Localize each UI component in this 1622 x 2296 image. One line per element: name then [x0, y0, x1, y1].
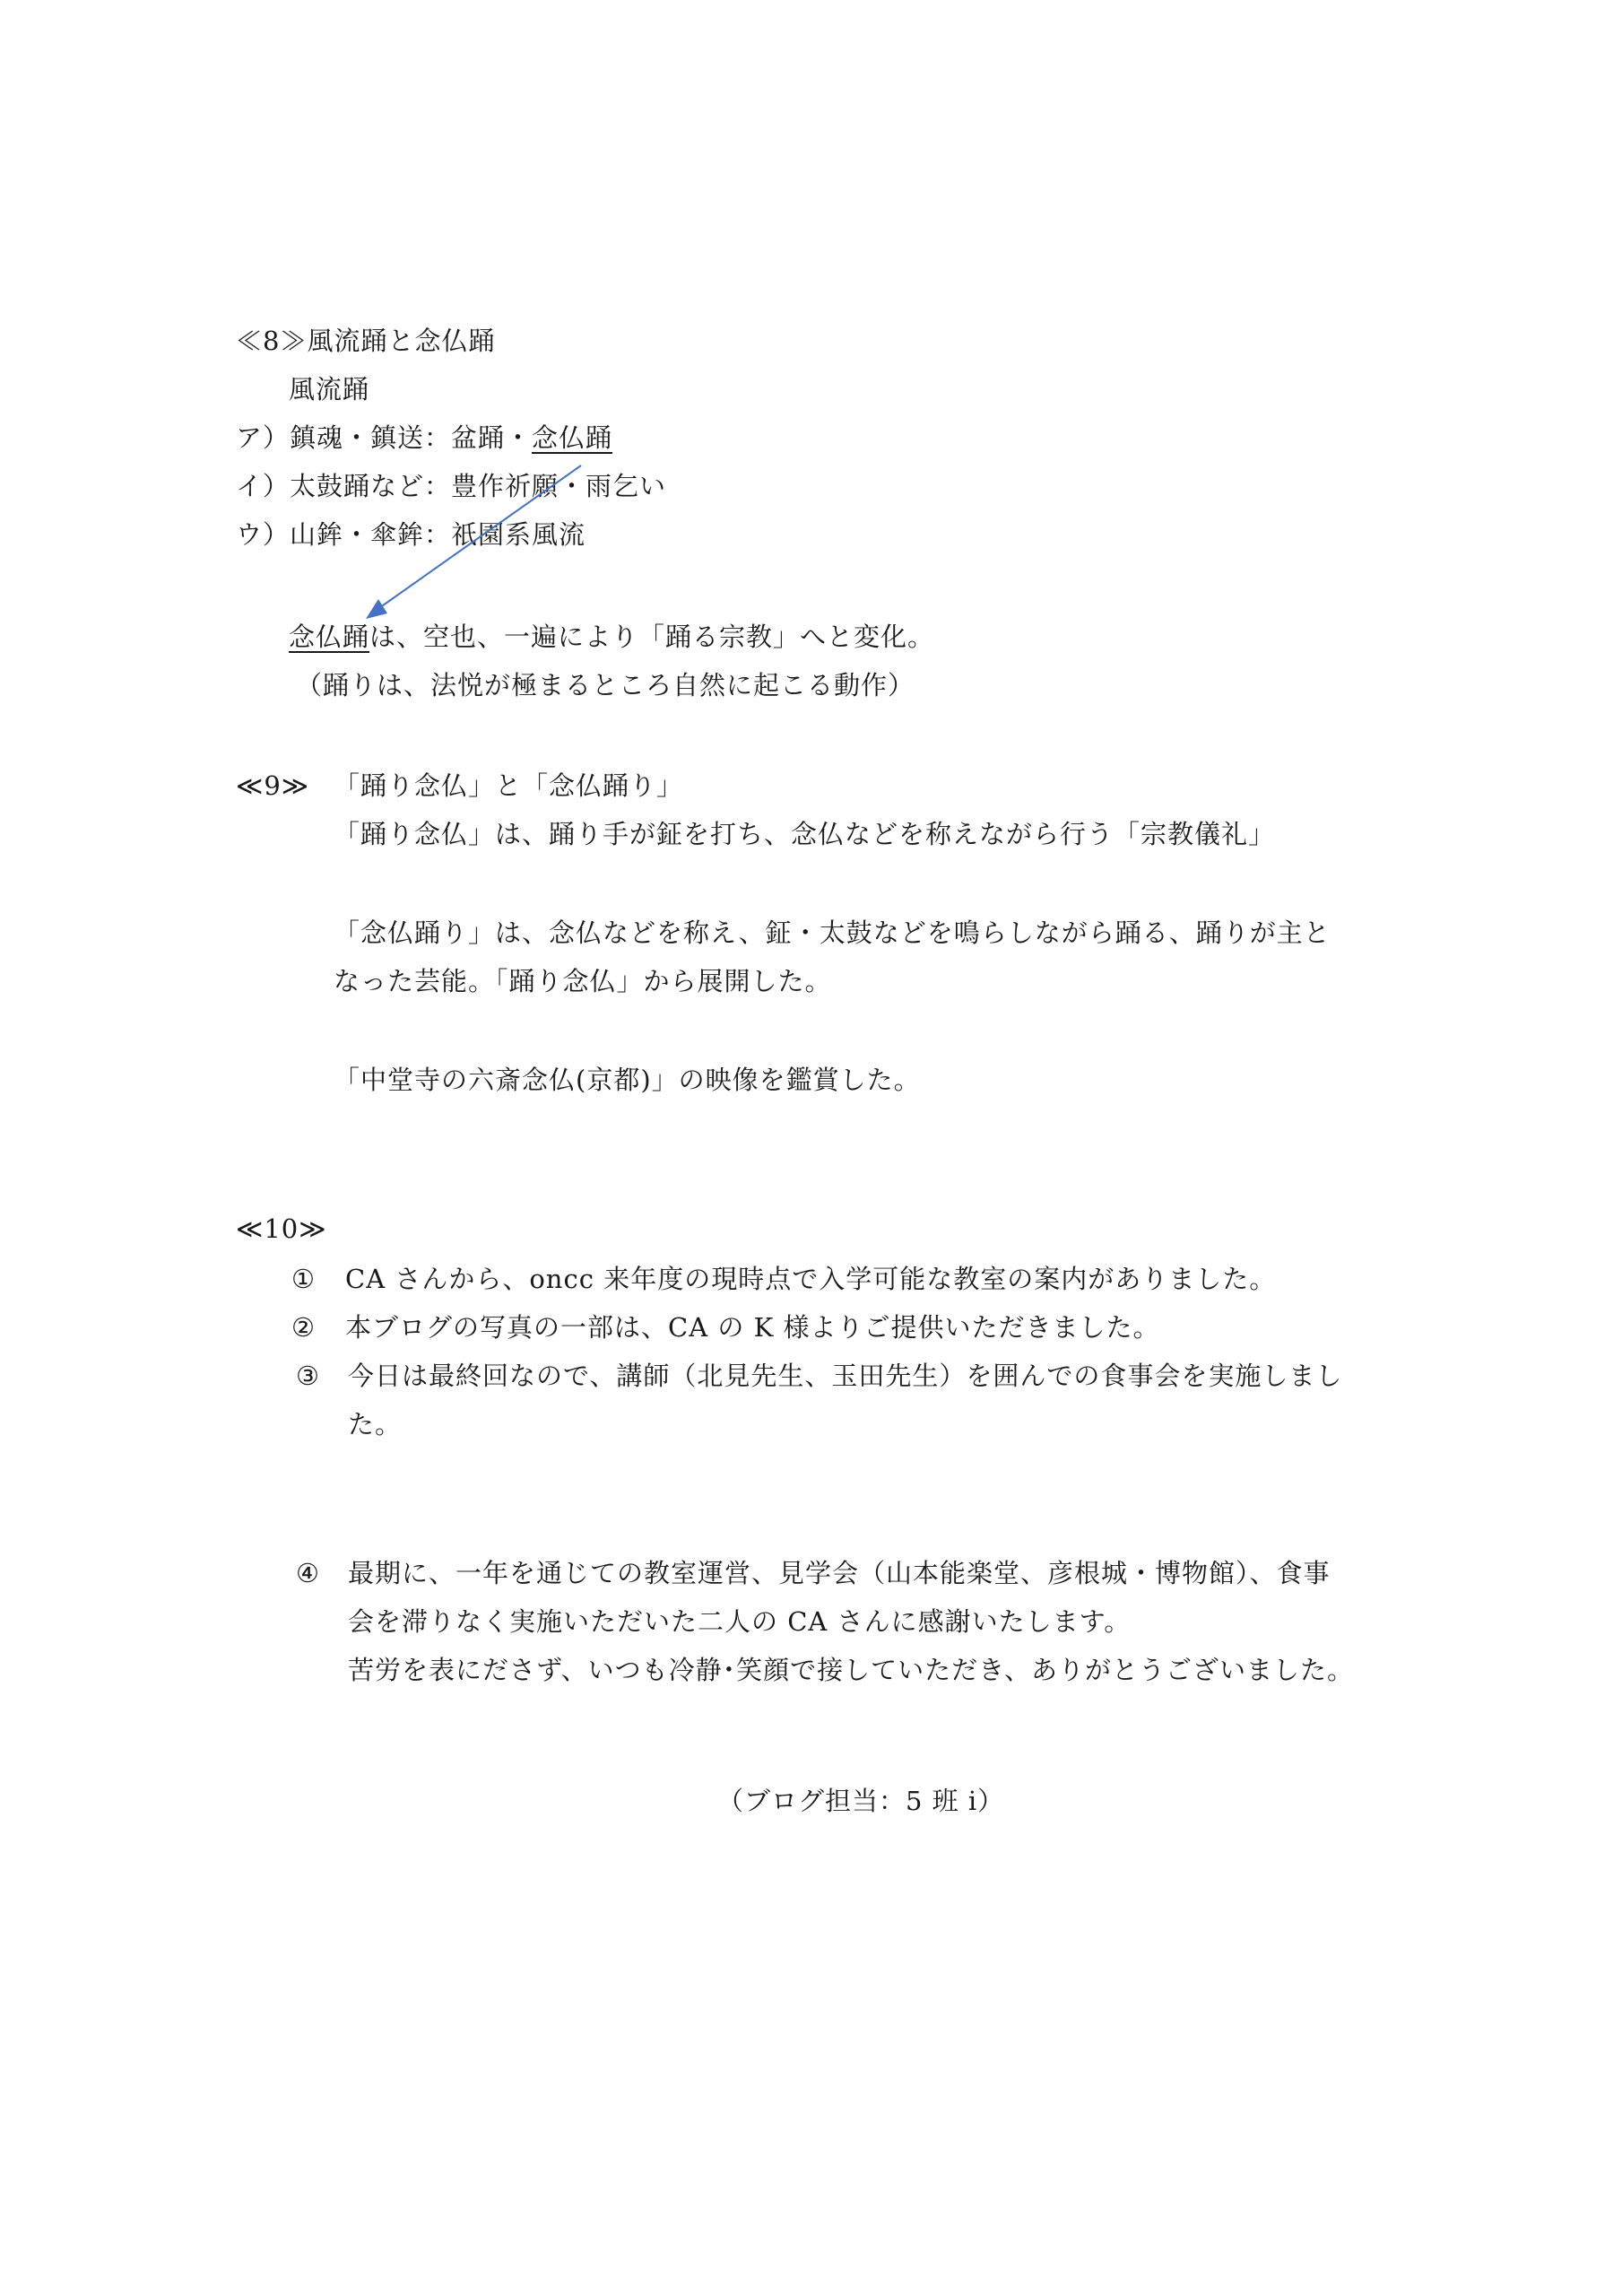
section8-note: （踊りは、法悦が極まるところ自然に起こる動作） [296, 669, 915, 701]
section9-heading: 「踊り念仏」と「念仏踊り」 [334, 770, 683, 802]
section8-heading: ≪8≫風流踊と念仏踊 [236, 325, 495, 357]
section8-item-u: ウ）山鉾・傘鉾：祇園系風流 [236, 518, 585, 551]
section9-paragraph-3: 「中堂寺の六斎念仏(京都)」の映像を鑑賞した。 [334, 1064, 921, 1096]
section9-marker: ≪9≫ [236, 770, 309, 802]
section8-item-i: イ）太鼓踊など：豊作祈願・雨乞い [236, 470, 666, 502]
list-item-continuation: た。 [348, 1408, 402, 1440]
section9-paragraph-2-line-1: 「念仏踊り」は、念仏などを称え、鉦・太鼓などを鳴らしながら踊る、踊りが主と [334, 917, 1331, 949]
underlined-term: 念仏踊 [289, 622, 369, 652]
section8-item-a: ア）鎮魂・鎮送：盆踊・念仏踊 [236, 422, 612, 454]
list-item-num: ④ [296, 1557, 320, 1589]
section8-statement: 念仏踊は、空也、一遍により「踊る宗教」へと変化。 [289, 621, 934, 653]
list-item-continuation: 会を滞りなく実施いただいた二人の CA さんに感謝いたします。 [348, 1605, 1131, 1638]
section9-paragraph-2-line-2: なった芸能。「踊り念仏」から展開した。 [334, 965, 832, 997]
list-item-num: ③ [296, 1360, 320, 1392]
section10-marker: ≪10≫ [236, 1213, 327, 1245]
item-text: 太鼓踊など：豊作祈願・雨乞い [290, 471, 666, 501]
list-item-num: ① [291, 1263, 316, 1295]
item-marker: ウ） [236, 519, 290, 550]
underlined-term: 念仏踊 [532, 422, 612, 453]
item-text: 鎮魂・鎮送：盆踊・ [290, 422, 532, 453]
section9-paragraph-1: 「踊り念仏」は、踊り手が鉦を打ち、念仏などを称えながら行う「宗教儀礼」 [334, 818, 1275, 850]
list-item: 今日は最終回なので、講師（北見先生、玉田先生）を囲んでの食事会を実施しまし [348, 1360, 1342, 1392]
item-marker: ア） [236, 422, 290, 453]
section8-subheading: 風流踊 [289, 373, 369, 405]
statement-text: は、空也、一遍により「踊る宗教」へと変化。 [369, 622, 934, 652]
list-item: 最期に、一年を通じての教室運営、見学会（山本能楽堂、彦根城・博物館）、食事 [348, 1557, 1331, 1589]
list-item-continuation: 苦労を表にださず、いつも冷静･笑顔で接していただき、ありがとうございました。 [348, 1654, 1354, 1686]
list-item: 本ブログの写真の一部は、CA の K 様よりご提供いただきました。 [345, 1311, 1159, 1344]
list-item-num: ② [291, 1311, 316, 1344]
item-marker: イ） [236, 471, 290, 501]
blog-signature: （ブログ担当：5 班 i） [717, 1785, 1004, 1817]
item-text: 山鉾・傘鉾：祇園系風流 [290, 519, 585, 550]
list-item: CA さんから、oncc 来年度の現時点で入学可能な教室の案内がありました。 [345, 1263, 1276, 1295]
